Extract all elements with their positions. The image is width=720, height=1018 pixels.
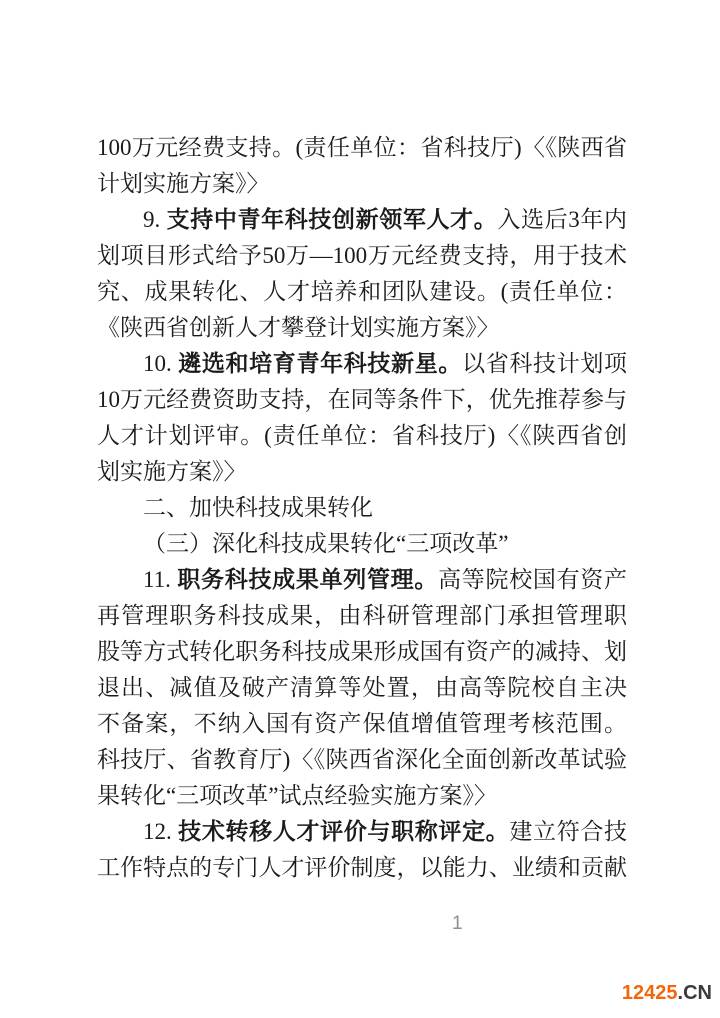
text-line: 再管理职务科技成果，由科研管理部门承担管理职责。以作价入 — [97, 598, 627, 634]
text-run: 划实施方案》〉 — [97, 459, 247, 484]
text-run: 工作特点的专门人才评价制度，以能力、业绩和贡献评价人才， — [97, 855, 627, 886]
text-line: 究、成果转化、人才培养和团队建设。(责任单位：省科技厅)〈 — [97, 274, 627, 310]
text-line: 不备案，不纳入国有资产保值增值管理考核范围。(责任单位：省 — [97, 706, 627, 742]
text-line: 《陕西省创新人才攀登计划实施方案》〉 — [97, 310, 627, 346]
text-line: 划项目形式给予50万—100万元经费支持，用于技术研发、课题研 — [97, 238, 627, 274]
text-line: （三）深化科技成果转化“三项改革” — [97, 526, 627, 562]
heading-section-2: 二、加快科技成果转化 — [97, 490, 627, 526]
text-run: 二、加快科技成果转化 — [143, 495, 373, 520]
text-run: 究、成果转化、人才培养和团队建设。(责任单位：省科技厅)〈 — [97, 279, 627, 310]
text-line: 划实施方案》〉 — [97, 454, 627, 490]
bold-run: 支持中青年科技创新领军人才。 — [167, 207, 498, 232]
text-run: 科技厅、省教育厅)〈《陕西省深化全面创新改革试验推广科技成 — [97, 747, 627, 778]
text-line: 12. 技术转移人才评价与职称评定。建立符合技术转移转化 — [97, 814, 627, 850]
text-run: 不备案，不纳入国有资产保值增值管理考核范围。(责任单位：省 — [97, 711, 627, 742]
text-line: 二、加快科技成果转化 — [97, 490, 627, 526]
text-line: 10万元经费资助支持，在同等条件下，优先推荐参与国家高层次 — [97, 382, 627, 418]
text-run: 9. — [143, 207, 167, 232]
text-line: 10. 遴选和培育青年科技新星。以省科技计划项目形式给予 — [97, 346, 627, 382]
text-run: 11. — [143, 567, 177, 592]
text-line: 计划实施方案》〉 — [97, 166, 627, 202]
text-run: 100万元经费支持。(责任单位：省科技厅)〈《陕西省创新人才攀登 — [97, 135, 627, 166]
paragraph-item-12: 12. 技术转移人才评价与职称评定。建立符合技术转移转化工作特点的专门人才评价制… — [97, 814, 627, 886]
text-run: 退出、减值及破产清算等处置，由高等院校自主决定，不审批、 — [97, 675, 627, 706]
paragraph-item-10: 10. 遴选和培育青年科技新星。以省科技计划项目形式给予10万元经费资助支持，在… — [97, 346, 627, 490]
bold-run: 职务科技成果单列管理。 — [177, 567, 438, 592]
watermark: 12425.CN — [622, 982, 712, 1005]
document-body: 100万元经费支持。(责任单位：省科技厅)〈《陕西省创新人才攀登计划实施方案》〉… — [97, 130, 627, 886]
heading-subsection-3: （三）深化科技成果转化“三项改革” — [97, 526, 627, 562]
text-run: 人才计划评审。(责任单位：省科技厅)〈《陕西省创新人才攀登计 — [97, 423, 627, 454]
text-run: 12. — [143, 819, 178, 844]
text-run: 再管理职务科技成果，由科研管理部门承担管理职责。以作价入 — [97, 603, 627, 634]
watermark-site: 12425 — [622, 982, 678, 1004]
text-run: 《陕西省创新人才攀登计划实施方案》〉 — [97, 315, 500, 340]
text-run: 果转化“三项改革”试点经验实施方案》〉 — [97, 783, 497, 808]
text-line: 工作特点的专门人才评价制度，以能力、业绩和贡献评价人才， — [97, 850, 627, 886]
text-line: 股等方式转化职务科技成果形成国有资产的减持、划转、转让、 — [97, 634, 627, 670]
page-number: 1 — [452, 913, 463, 935]
watermark-tld: .CN — [678, 982, 712, 1004]
text-line: 果转化“三项改革”试点经验实施方案》〉 — [97, 778, 627, 814]
text-line: 9. 支持中青年科技创新领军人才。入选后3年内以省科技计 — [97, 202, 627, 238]
bold-run: 遴选和培育青年科技新星。 — [178, 351, 462, 376]
paragraph-item-11: 11. 职务科技成果单列管理。高等院校国有资产管理部门不再管理职务科技成果，由科… — [97, 562, 627, 814]
text-run: 10万元经费资助支持，在同等条件下，优先推荐参与国家高层次 — [97, 387, 627, 418]
text-run: 划项目形式给予50万—100万元经费支持，用于技术研发、课题研 — [97, 243, 627, 274]
text-line: 11. 职务科技成果单列管理。高等院校国有资产管理部门不 — [97, 562, 627, 598]
bold-run: 技术转移人才评价与职称评定。 — [178, 819, 509, 844]
text-run: 计划实施方案》〉 — [97, 171, 270, 196]
text-line: 100万元经费支持。(责任单位：省科技厅)〈《陕西省创新人才攀登 — [97, 130, 627, 166]
paragraph-item-9: 9. 支持中青年科技创新领军人才。入选后3年内以省科技计划项目形式给予50万—1… — [97, 202, 627, 346]
text-run: 股等方式转化职务科技成果形成国有资产的减持、划转、转让、 — [97, 639, 627, 670]
paragraph-8-continuation: 100万元经费支持。(责任单位：省科技厅)〈《陕西省创新人才攀登计划实施方案》〉 — [97, 130, 627, 202]
document-page: 100万元经费支持。(责任单位：省科技厅)〈《陕西省创新人才攀登计划实施方案》〉… — [0, 0, 720, 1018]
text-run: 10. — [143, 351, 178, 376]
text-run: （三）深化科技成果转化“三项改革” — [143, 531, 508, 556]
text-line: 退出、减值及破产清算等处置，由高等院校自主决定，不审批、 — [97, 670, 627, 706]
text-line: 人才计划评审。(责任单位：省科技厅)〈《陕西省创新人才攀登计 — [97, 418, 627, 454]
text-line: 科技厅、省教育厅)〈《陕西省深化全面创新改革试验推广科技成 — [97, 742, 627, 778]
